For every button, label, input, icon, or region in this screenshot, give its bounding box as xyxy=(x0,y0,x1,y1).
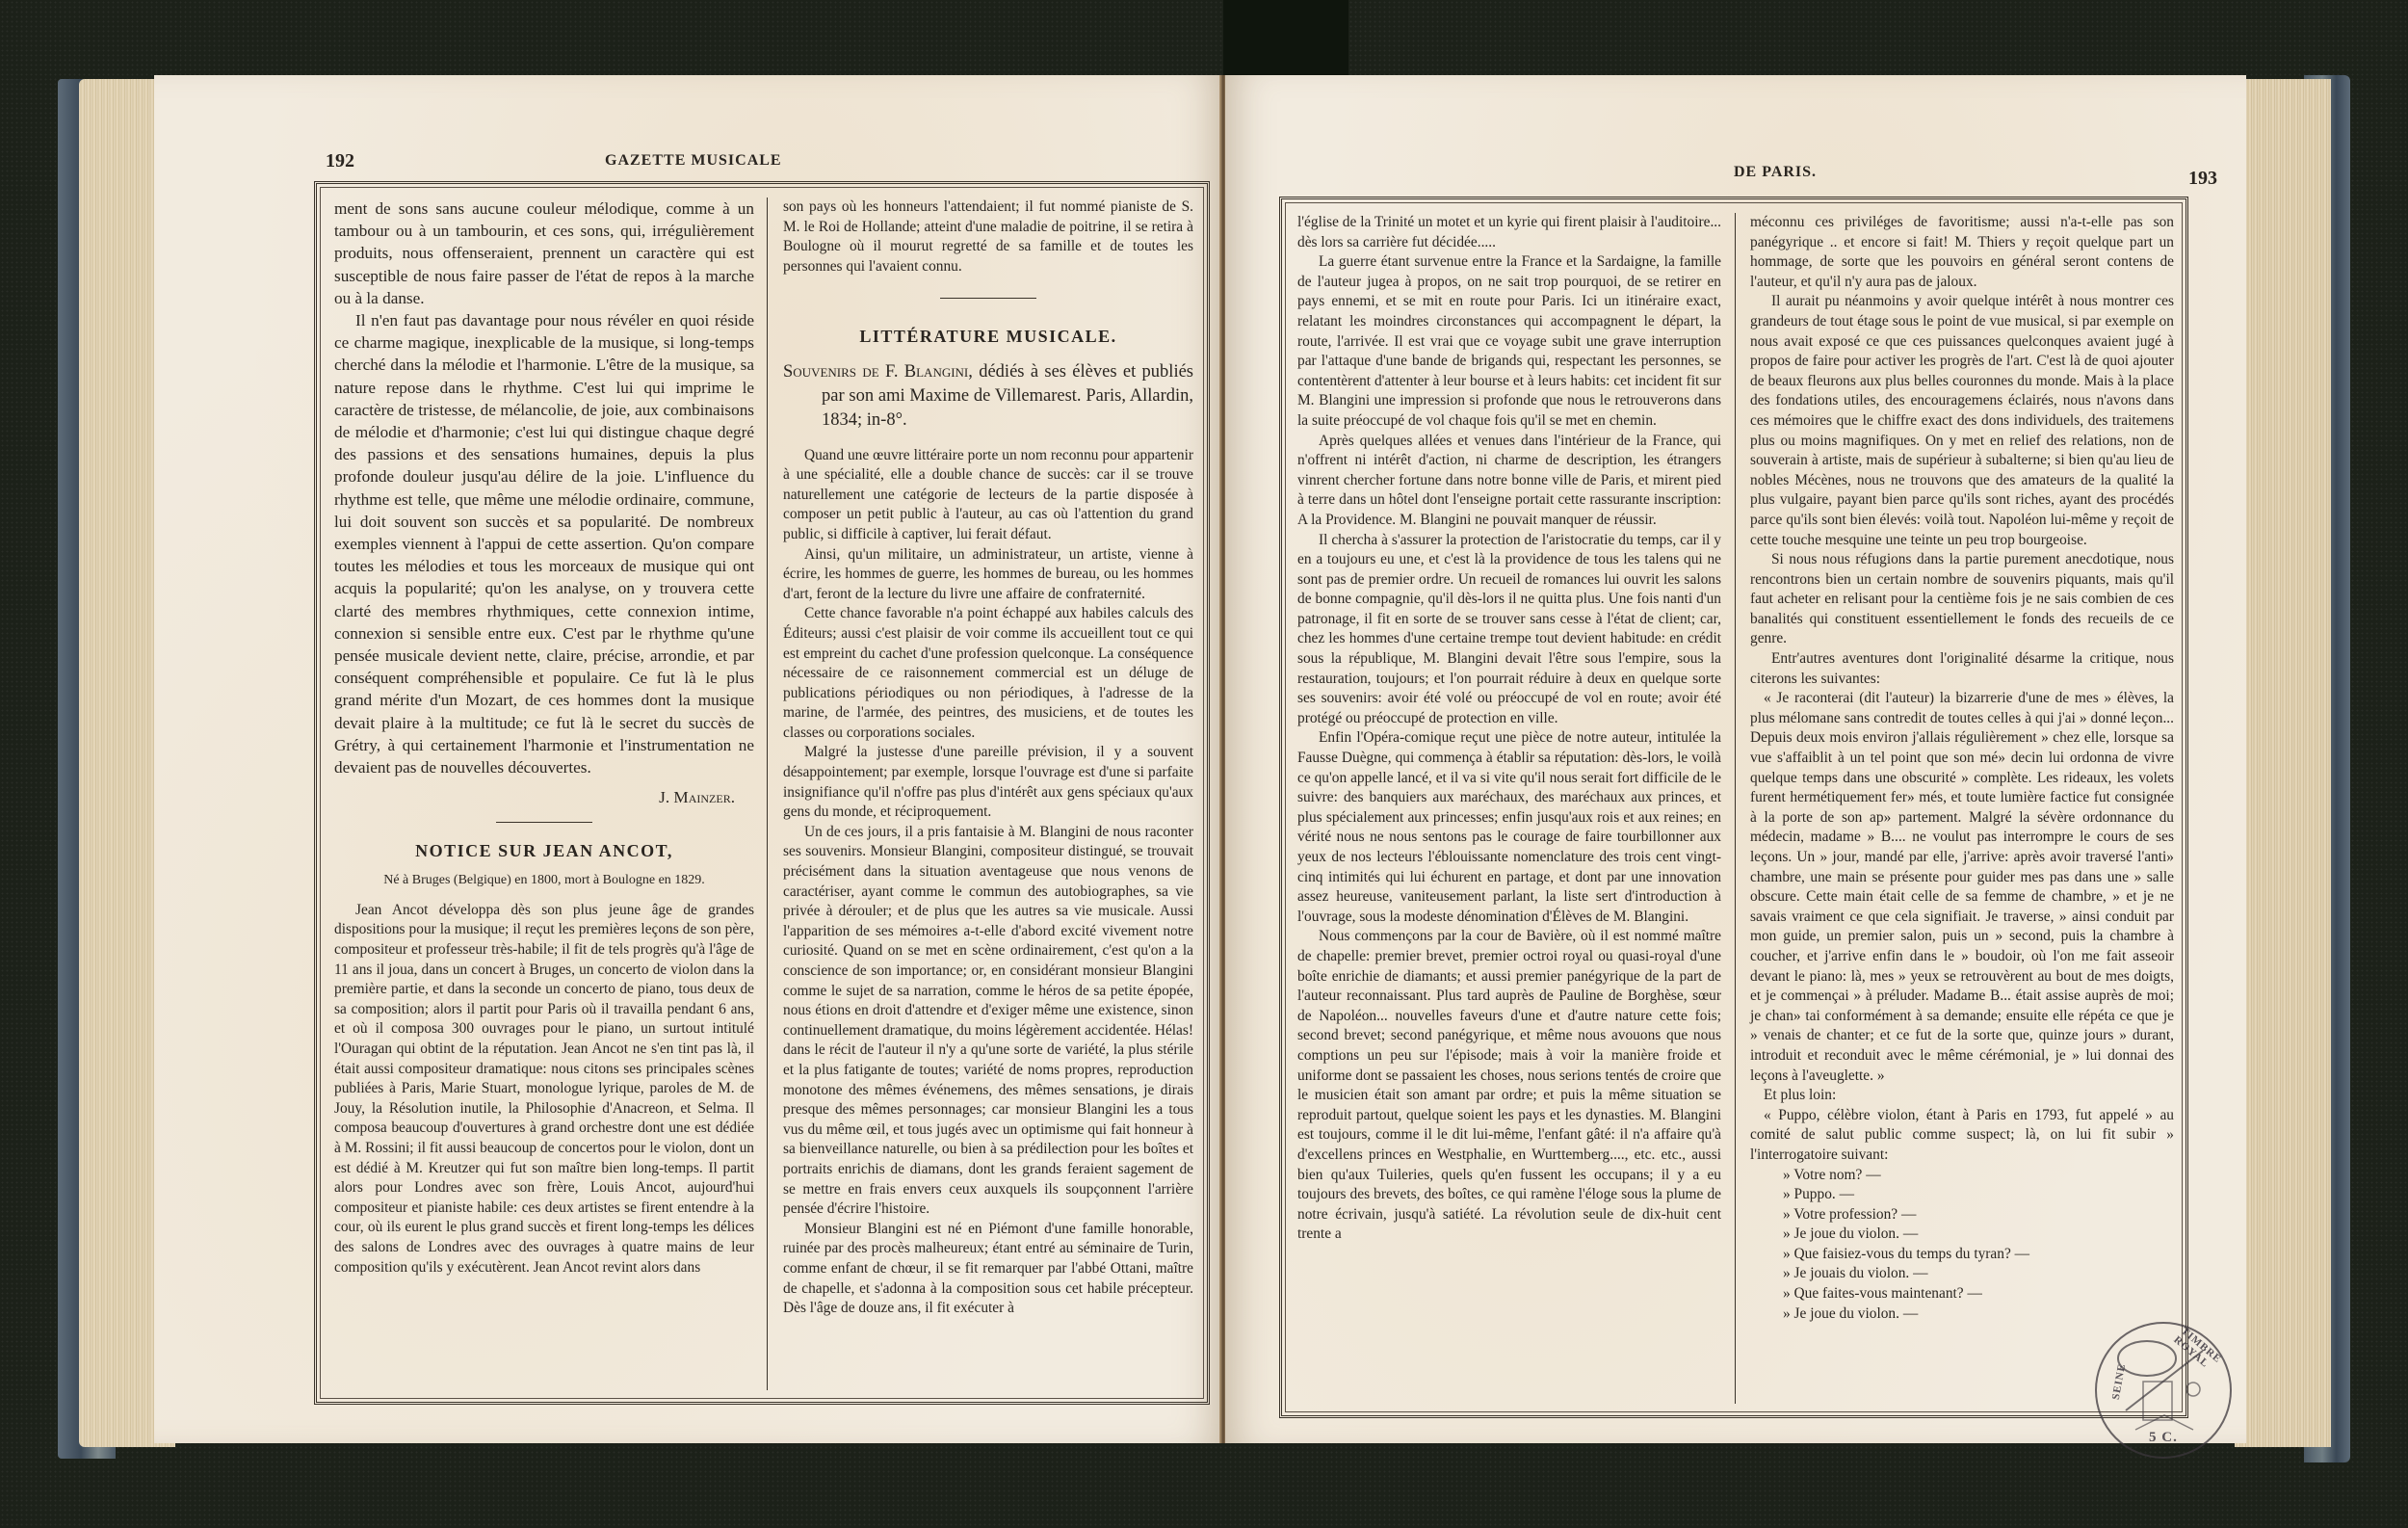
transition-text: Et plus loin: xyxy=(1750,1086,2174,1106)
paragraph: Cette chance favorable n'a point échappé… xyxy=(783,604,1193,743)
dialog-line: » Votre nom? — xyxy=(1750,1166,2174,1186)
bibliographic-entry: Souvenirs de F. Blangini, dédiés à ses é… xyxy=(783,360,1193,433)
dialog-line: » Votre profession? — xyxy=(1750,1205,2174,1225)
page-number-left: 192 xyxy=(326,150,354,172)
paragraph: Entr'autres aventures dont l'originalité… xyxy=(1750,649,2174,689)
paragraph: Jean Ancot développa dès son plus jeune … xyxy=(334,901,754,1278)
dialog-line: » Que faites-vous maintenant? — xyxy=(1750,1284,2174,1304)
author-signature: J. Mainzer. xyxy=(334,786,735,808)
column-left-2: son pays où les honneurs l'attendaient; … xyxy=(783,198,1193,1319)
paragraph: méconnu ces priviléges de favoritisme; a… xyxy=(1750,213,2174,292)
paragraph: l'église de la Trinité un motet et un ky… xyxy=(1297,213,1721,252)
paragraph: Après quelques allées et venues dans l'i… xyxy=(1297,432,1721,531)
paragraph: Si nous nous réfugions dans la partie pu… xyxy=(1750,550,2174,649)
right-page: DE PARIS. 193 l'église de la Trinité un … xyxy=(1225,75,2246,1443)
divider xyxy=(940,298,1036,299)
paragraph: Il n'en faut pas davantage pour nous rév… xyxy=(334,309,754,778)
spine-shadow xyxy=(1223,0,1348,77)
paragraph: ment de sons sans aucune couleur mélodiq… xyxy=(334,198,754,309)
timbre-royal-stamp: TIMBRE ROYAL SEINE 5 C. xyxy=(2095,1322,2232,1459)
section-title-notice: NOTICE SUR JEAN ANCOT, xyxy=(334,840,754,862)
left-page: 192 GAZETTE MUSICALE ment de sons sans a… xyxy=(154,75,1223,1443)
interrogation-dialog: » Votre nom? — » Puppo. — » Votre profes… xyxy=(1750,1166,2174,1325)
dialog-line: » Je joue du violon. — xyxy=(1750,1225,2174,1245)
divider xyxy=(496,822,592,823)
quotation: « Puppo, célèbre violon, étant à Paris e… xyxy=(1750,1106,2174,1166)
paragraph: Quand une œuvre littéraire porte un nom … xyxy=(783,446,1193,545)
paragraph: Enfin l'Opéra-comique reçut une pièce de… xyxy=(1297,728,1721,927)
paragraph: Malgré la justesse d'une pareille prévis… xyxy=(783,743,1193,822)
paragraph: Monsieur Blangini est né en Piémont d'un… xyxy=(783,1220,1193,1319)
text-frame-left: ment de sons sans aucune couleur mélodiq… xyxy=(314,181,1210,1405)
dialog-line: » Que faisiez-vous du temps du tyran? — xyxy=(1750,1245,2174,1265)
column-right-2: méconnu ces priviléges de favoritisme; a… xyxy=(1750,213,2174,1324)
paragraph: son pays où les honneurs l'attendaient; … xyxy=(783,198,1193,277)
column-right-1: l'église de la Trinité un motet et un ky… xyxy=(1297,213,1721,1245)
stamp-value: 5 C. xyxy=(2149,1430,2178,1446)
text-frame-right: l'église de la Trinité un motet et un ky… xyxy=(1279,197,2188,1418)
open-book: 192 GAZETTE MUSICALE ment de sons sans a… xyxy=(58,75,2350,1462)
page-number-right: 193 xyxy=(2188,168,2217,190)
paragraph: La guerre étant survenue entre la France… xyxy=(1297,252,1721,431)
dialog-line: » Je jouais du violon. — xyxy=(1750,1264,2174,1284)
book-title: Souvenirs de F. Blangini xyxy=(783,362,968,382)
section-title-litterature: LITTÉRATURE MUSICALE. xyxy=(783,326,1193,348)
column-rule xyxy=(1735,213,1736,1404)
dialog-line: » Je joue du violon. — xyxy=(1750,1304,2174,1325)
running-head-right: DE PARIS. xyxy=(1734,164,1817,181)
page-edges-right xyxy=(2235,79,2331,1447)
notice-subtitle: Né à Bruges (Belgique) en 1800, mort à B… xyxy=(334,869,754,891)
quotation: « Je raconterai (dit l'auteur) la bizarr… xyxy=(1750,689,2174,1086)
column-rule xyxy=(767,198,768,1390)
paragraph: Nous commençons par la cour de Bavière, … xyxy=(1297,927,1721,1245)
paragraph: Il aurait pu néanmoins y avoir quelque i… xyxy=(1750,292,2174,550)
dialog-line: » Puppo. — xyxy=(1750,1185,2174,1205)
paragraph: Ainsi, qu'un militaire, un administrateu… xyxy=(783,545,1193,605)
paragraph: Il chercha à s'assurer la protection de … xyxy=(1297,531,1721,729)
column-left-1: ment de sons sans aucune couleur mélodiq… xyxy=(334,198,754,1278)
paragraph: Un de ces jours, il a pris fantaisie à M… xyxy=(783,823,1193,1220)
running-head-left: GAZETTE MUSICALE xyxy=(605,152,782,170)
